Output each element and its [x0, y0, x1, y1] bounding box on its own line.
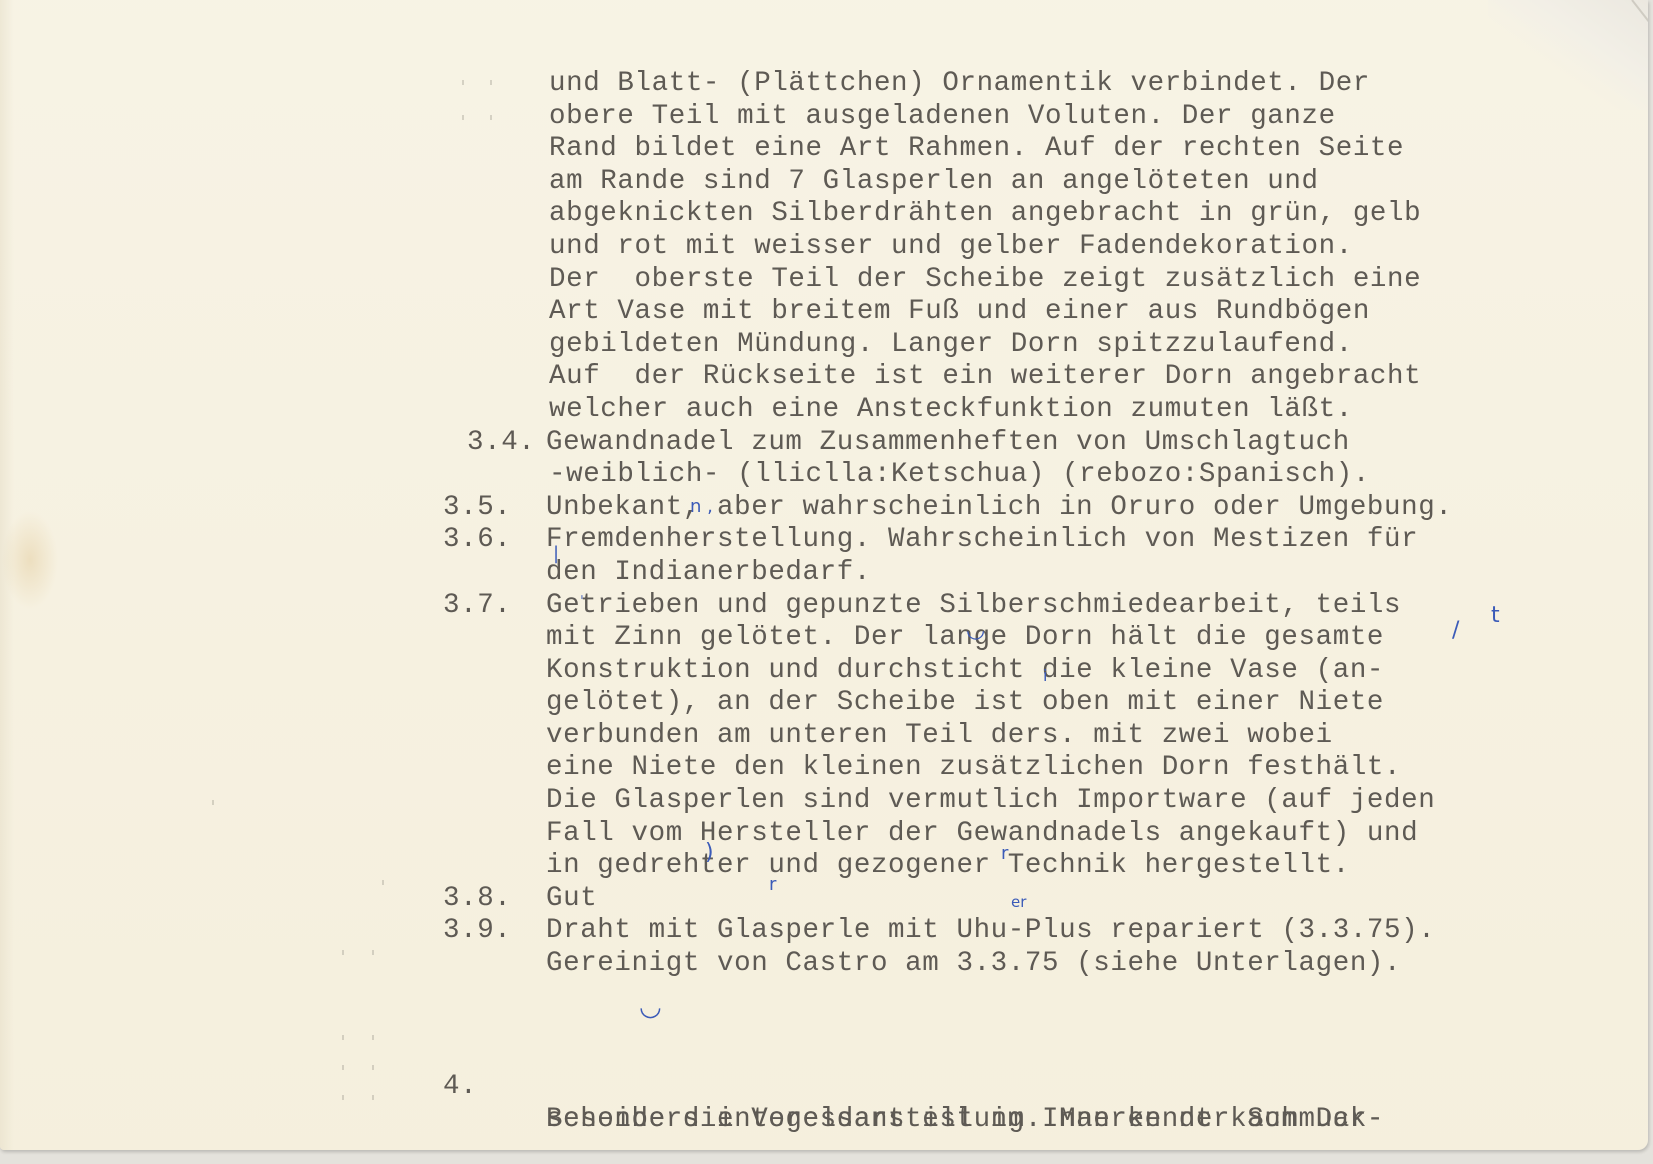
line-text: Die Glasperlen sind vermutlich Importwar…: [546, 785, 1435, 818]
line-text: und rot mit weisser und gelber Fadendeko…: [549, 231, 1353, 264]
text-line: Auf der Rückseite ist ein weiterer Dorn …: [0, 361, 1648, 394]
line-text: und Blatt- (Plättchen) Ornamentik verbin…: [549, 68, 1370, 101]
line-text: gebildeten Mündung. Langer Dorn spitzzul…: [549, 329, 1353, 362]
line-text: mit Zinn gelötet. Der lange Dorn hält di…: [546, 622, 1384, 655]
line-text: den Indianerbedarf.: [546, 557, 871, 590]
text-line: Der oberste Teil der Scheibe zeigt zusät…: [0, 264, 1648, 297]
line-text: Unbekant, aber wahrscheinlich in Oruro o…: [546, 492, 1452, 525]
line-text: abgeknickten Silberdrähten angebracht in…: [549, 198, 1421, 231]
line-text: Rand bildet eine Art Rahmen. Auf der rec…: [549, 133, 1404, 166]
text-line: und Blatt- (Plättchen) Ornamentik verbin…: [0, 68, 1648, 101]
text-line: gelötet), an der Scheibe ist oben mit ei…: [0, 687, 1648, 720]
line-text: Gewandnadel zum Zusammenheften von Umsch…: [546, 427, 1350, 460]
line-text: Auf der Rückseite ist ein weiterer Dorn …: [549, 361, 1421, 394]
text-line: Die Glasperlen sind vermutlich Importwar…: [0, 785, 1648, 818]
text-line: Rand bildet eine Art Rahmen. Auf der rec…: [0, 133, 1648, 166]
line-text: Gut: [546, 883, 597, 916]
line-text: Gereinigt von Castro am 3.3.75 (siehe Un…: [546, 948, 1401, 981]
typewritten-text: und Blatt- (Plättchen) Ornamentik verbin…: [0, 68, 1648, 981]
section-4-line-2: scheibe die Vogeldarstellung. Man kennt …: [546, 1103, 1384, 1136]
section-number: 3.5.: [443, 492, 511, 525]
text-line: und rot mit weisser und gelber Fadendeko…: [0, 231, 1648, 264]
line-text: welcher auch eine Ansteckfunktion zumute…: [549, 394, 1353, 427]
section-4: 4. Besonders interessant ist im Inneren …: [0, 1037, 1648, 1102]
line-text: Art Vase mit breitem Fuß und einer aus R…: [549, 296, 1370, 329]
line-text: -weiblich- (lliclla:Ketschua) (rebozo:Sp…: [549, 459, 1370, 492]
handwritten-correction-mark: ◡: [639, 994, 662, 1020]
text-line: -weiblich- (lliclla:Ketschua) (rebozo:Sp…: [0, 459, 1648, 492]
text-line: 3.6.Fremdenherstellung. Wahrscheinlich v…: [0, 524, 1648, 557]
section-number: 3.7.: [443, 590, 511, 623]
text-line: gebildeten Mündung. Langer Dorn spitzzul…: [0, 329, 1648, 362]
line-text: am Rande sind 7 Glasperlen an angelötete…: [549, 166, 1319, 199]
text-line: welcher auch eine Ansteckfunktion zumute…: [0, 394, 1648, 427]
text-line: eine Niete den kleinen zusätzlichen Dorn…: [0, 752, 1648, 785]
line-text: Fall vom Hersteller der Gewandnadels ang…: [546, 818, 1418, 851]
text-line: 3.4.Gewandnadel zum Zusammenheften von U…: [0, 427, 1648, 460]
text-line: den Indianerbedarf.: [0, 557, 1648, 590]
text-line: Gereinigt von Castro am 3.3.75 (siehe Un…: [0, 948, 1648, 981]
line-text: verbunden am unteren Teil ders. mit zwei…: [546, 720, 1333, 753]
text-line: 3.8.Gut: [0, 883, 1648, 916]
section-number: 3.6.: [443, 524, 511, 557]
line-text: eine Niete den kleinen zusätzlichen Dorn…: [546, 752, 1401, 785]
text-line: 3.5.Unbekant, aber wahrscheinlich in Oru…: [0, 492, 1648, 525]
section-number: 3.8.: [443, 883, 511, 916]
line-text: Der oberste Teil der Scheibe zeigt zusät…: [549, 264, 1421, 297]
line-text: gelötet), an der Scheibe ist oben mit ei…: [546, 687, 1384, 720]
document-page: und Blatt- (Plättchen) Ornamentik verbin…: [0, 0, 1648, 1150]
line-text: Draht mit Glasperle mit Uhu-Plus reparie…: [546, 915, 1435, 948]
text-line: am Rande sind 7 Glasperlen an angelötete…: [0, 166, 1648, 199]
text-line: 3.9.Draht mit Glasperle mit Uhu-Plus rep…: [0, 915, 1648, 948]
line-text: Konstruktion und durchsticht die kleine …: [546, 655, 1384, 688]
line-text: obere Teil mit ausgeladenen Voluten. Der…: [549, 101, 1336, 134]
text-line: obere Teil mit ausgeladenen Voluten. Der…: [0, 101, 1648, 134]
section-number: 3.9.: [443, 915, 511, 948]
text-line: abgeknickten Silberdrähten angebracht in…: [0, 198, 1648, 231]
text-line: in gedrehter und gezogener Technik herge…: [0, 850, 1648, 883]
text-line: 3.7.Getrieben und gepunzte Silberschmied…: [0, 590, 1648, 623]
text-line: verbunden am unteren Teil ders. mit zwei…: [0, 720, 1648, 753]
line-text: Fremdenherstellung. Wahrscheinlich von M…: [546, 524, 1418, 557]
line-text: Getrieben und gepunzte Silberschmiedearb…: [546, 590, 1401, 623]
text-line: mit Zinn gelötet. Der lange Dorn hält di…: [0, 622, 1648, 655]
section-number: 3.4.: [467, 427, 535, 460]
line-text: in gedrehter und gezogener Technik herge…: [546, 850, 1350, 883]
text-line: Art Vase mit breitem Fuß und einer aus R…: [0, 296, 1648, 329]
text-line: Konstruktion und durchsticht die kleine …: [0, 655, 1648, 688]
text-line: Fall vom Hersteller der Gewandnadels ang…: [0, 818, 1648, 851]
